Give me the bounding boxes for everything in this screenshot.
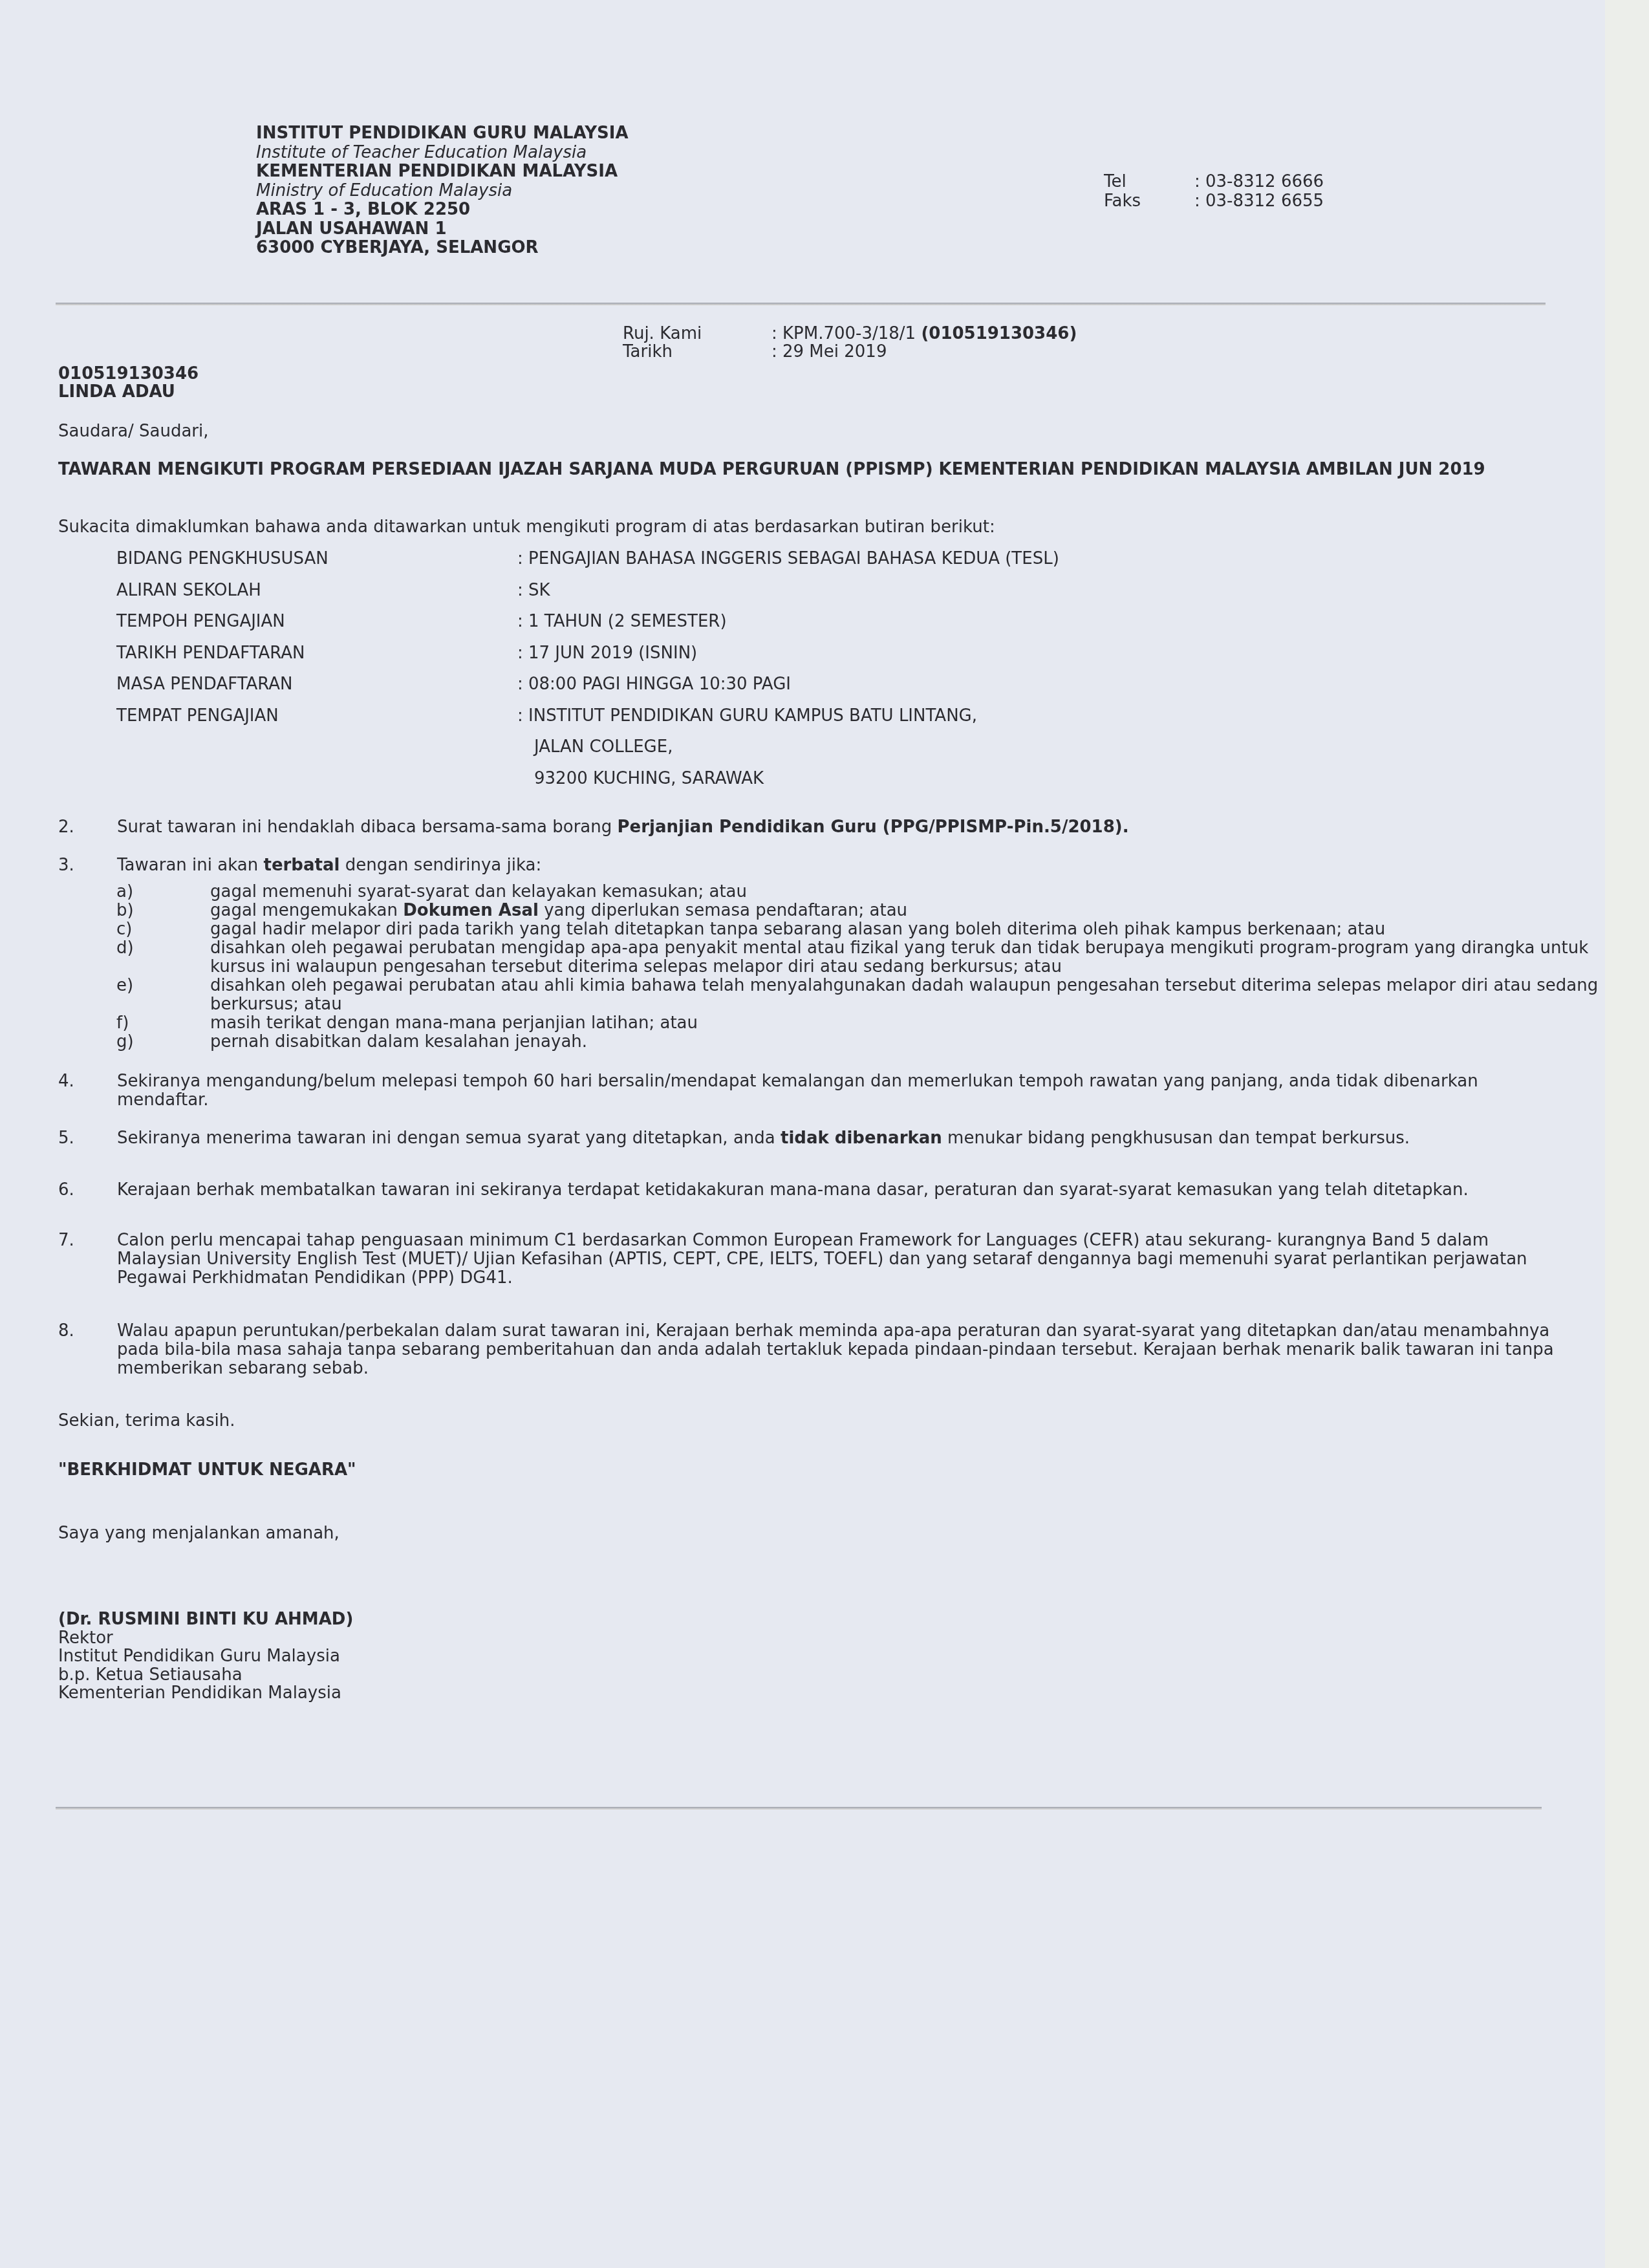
ref-label: Ruj. Kami: [623, 325, 771, 343]
paragraph-number: 8.: [58, 1322, 74, 1341]
paragraph-7: 7. Calon perlu mencapai tahap penguasaan…: [58, 1231, 1566, 1288]
header-divider: [56, 303, 1546, 305]
detail-row: JALAN COLLEGE,: [116, 731, 1059, 763]
paragraph-text: Kerajaan berhak membatalkan tawaran ini …: [117, 1180, 1469, 1200]
condition-text: yang diperlukan semasa pendaftaran; atau: [539, 901, 907, 920]
detail-label: MASA PENDAFTARAN: [116, 675, 517, 694]
fax-label: Faks: [1104, 191, 1194, 211]
paragraph-text: Sekiranya menerima tawaran ini dengan se…: [117, 1129, 781, 1148]
condition-text: gagal memenuhi syarat-syarat dan kelayak…: [210, 882, 747, 902]
address-line: 63000 CYBERJAYA, SELANGOR: [256, 239, 629, 258]
detail-label: BIDANG PENGKHUSUSAN: [116, 549, 517, 568]
condition-text: disahkan oleh pegawai perubatan atau ahl…: [210, 976, 1598, 1014]
condition-text: masih terikat dengan mana-mana perjanjia…: [210, 1013, 698, 1033]
detail-row: BIDANG PENGKHUSUSAN: PENGAJIAN BAHASA IN…: [116, 543, 1059, 575]
detail-label: TEMPOH PENGAJIAN: [116, 612, 517, 631]
paragraph-8: 8. Walau apapun peruntukan/perbekalan da…: [58, 1322, 1566, 1378]
detail-row: TARIKH PENDAFTARAN: 17 JUN 2019 (ISNIN): [116, 638, 1059, 669]
paragraph-number: 7.: [58, 1231, 74, 1250]
condition-letter: g): [116, 1033, 210, 1052]
paragraph-5: 5. Sekiranya menerima tawaran ini dengan…: [58, 1129, 1566, 1148]
detail-row: MASA PENDAFTARAN: 08:00 PAGI HINGGA 10:3…: [116, 669, 1059, 700]
condition-item: d)disahkan oleh pegawai perubatan mengid…: [116, 939, 1607, 977]
letterhead: INSTITUT PENDIDIKAN GURU MALAYSIA Instit…: [256, 124, 629, 258]
paragraph-emphasis: tidak dibenarkan: [781, 1129, 942, 1148]
paragraph-6: 6. Kerajaan berhak membatalkan tawaran i…: [58, 1181, 1566, 1200]
condition-text: gagal mengemukakan: [210, 901, 403, 920]
contact-block: Tel : 03-8312 6666 Faks : 03-8312 6655: [1104, 172, 1324, 211]
detail-value: : PENGAJIAN BAHASA INGGERIS SEBAGAI BAHA…: [517, 549, 1059, 568]
detail-value: : INSTITUT PENDIDIKAN GURU KAMPUS BATU L…: [517, 706, 977, 726]
detail-value: : SK: [517, 581, 550, 600]
signatory-ministry: Kementerian Pendidikan Malaysia: [58, 1684, 353, 1703]
signatory-block: (Dr. RUSMINI BINTI KU AHMAD) Rektor Inst…: [58, 1610, 353, 1703]
condition-emphasis: Dokumen Asal: [403, 901, 539, 920]
condition-letter: c): [116, 920, 210, 939]
address-line: JALAN USAHAWAN 1: [256, 220, 629, 239]
paragraph-2: 2. Surat tawaran ini hendaklah dibaca be…: [58, 818, 1566, 837]
paragraph-number: 4.: [58, 1072, 74, 1091]
paragraph-text: Calon perlu mencapai tahap penguasaan mi…: [117, 1231, 1527, 1288]
tel-label: Tel: [1104, 172, 1194, 191]
paragraph-text: menukar bidang pengkhususan dan tempat b…: [942, 1129, 1410, 1148]
detail-label: TEMPAT PENGAJIAN: [116, 706, 517, 726]
detail-value: 93200 KUCHING, SARAWAK: [517, 769, 764, 788]
detail-row: ALIRAN SEKOLAH: SK: [116, 575, 1059, 607]
address-line: ARAS 1 - 3, BLOK 2250: [256, 200, 629, 220]
condition-text: gagal hadir melapor diri pada tarikh yan…: [210, 920, 1385, 939]
footer-divider: [56, 1807, 1542, 1809]
condition-item: g)pernah disabitkan dalam kesalahan jena…: [116, 1033, 1607, 1052]
paragraph-text: Sekiranya mengandung/belum melepasi temp…: [117, 1072, 1478, 1110]
condition-text: disahkan oleh pegawai perubatan mengidap…: [210, 938, 1588, 977]
condition-letter: d): [116, 939, 210, 977]
paragraph-number: 2.: [58, 818, 74, 837]
condition-text: pernah disabitkan dalam kesalahan jenaya…: [210, 1032, 587, 1052]
letter-page: INSTITUT PENDIDIKAN GURU MALAYSIA Instit…: [0, 0, 1605, 2268]
reference-block: Ruj. Kami : KPM.700-3/18/1 (010519130346…: [623, 325, 1077, 361]
detail-value: JALAN COLLEGE,: [517, 737, 673, 757]
org-name: INSTITUT PENDIDIKAN GURU MALAYSIA: [256, 124, 629, 144]
ministry-name-english: Ministry of Education Malaysia: [256, 182, 629, 201]
condition-item: f)masih terikat dengan mana-mana perjanj…: [116, 1014, 1607, 1033]
paragraph-text: Tawaran ini akan: [117, 856, 263, 875]
closing-thanks: Sekian, terima kasih.: [58, 1411, 235, 1431]
detail-row: TEMPOH PENGAJIAN: 1 TAHUN (2 SEMESTER): [116, 606, 1059, 638]
paragraph-3: 3. Tawaran ini akan terbatal dengan send…: [58, 856, 1566, 875]
intro-text: Sukacita dimaklumkan bahawa anda ditawar…: [58, 517, 995, 537]
detail-row: TEMPAT PENGAJIAN: INSTITUT PENDIDIKAN GU…: [116, 700, 1059, 732]
motto: "BERKHIDMAT UNTUK NEGARA": [58, 1460, 356, 1480]
paragraph-number: 6.: [58, 1181, 74, 1200]
condition-item: a)gagal memenuhi syarat-syarat dan kelay…: [116, 883, 1607, 902]
paragraph-emphasis: terbatal: [263, 856, 339, 875]
offer-details: BIDANG PENGKHUSUSAN: PENGAJIAN BAHASA IN…: [116, 543, 1059, 794]
condition-letter: f): [116, 1014, 210, 1033]
condition-item: c)gagal hadir melapor diri pada tarikh y…: [116, 920, 1607, 939]
detail-row: 93200 KUCHING, SARAWAK: [116, 763, 1059, 795]
detail-value: : 08:00 PAGI HINGGA 10:30 PAGI: [517, 675, 791, 694]
date-label: Tarikh: [623, 343, 771, 361]
signatory-title: Rektor: [58, 1629, 353, 1648]
letter-subject: TAWARAN MENGIKUTI PROGRAM PERSEDIAAN IJA…: [58, 460, 1507, 479]
recipient-name: LINDA ADAU: [58, 383, 199, 401]
fax-value: : 03-8312 6655: [1194, 191, 1324, 211]
condition-item: e)disahkan oleh pegawai perubatan atau a…: [116, 977, 1607, 1014]
date-value: : 29 Mei 2019: [771, 343, 887, 361]
salutation: Saudara/ Saudari,: [58, 422, 209, 441]
condition-letter: b): [116, 902, 210, 920]
recipient-block: 010519130346 LINDA ADAU: [58, 365, 199, 401]
cancellation-conditions: a)gagal memenuhi syarat-syarat dan kelay…: [116, 883, 1607, 1052]
paragraph-4: 4. Sekiranya mengandung/belum melepasi t…: [58, 1072, 1566, 1110]
condition-letter: a): [116, 883, 210, 902]
paragraph-number: 5.: [58, 1129, 74, 1148]
tel-value: : 03-8312 6666: [1194, 172, 1324, 191]
condition-letter: e): [116, 977, 210, 1014]
paragraph-text: dengan sendirinya jika:: [339, 856, 541, 875]
ref-value-id: (010519130346): [921, 324, 1077, 343]
signatory-name: (Dr. RUSMINI BINTI KU AHMAD): [58, 1610, 353, 1629]
ref-value-prefix: : KPM.700-3/18/1: [771, 324, 921, 343]
detail-value: : 17 JUN 2019 (ISNIN): [517, 643, 697, 663]
closing-trust: Saya yang menjalankan amanah,: [58, 1524, 339, 1543]
ministry-name: KEMENTERIAN PENDIDIKAN MALAYSIA: [256, 162, 629, 182]
signatory-org: Institut Pendidikan Guru Malaysia: [58, 1647, 353, 1666]
condition-item: b)gagal mengemukakan Dokumen Asal yang d…: [116, 902, 1607, 920]
paragraph-emphasis: Perjanjian Pendidikan Guru (PPG/PPISMP-P…: [618, 817, 1129, 837]
paragraph-number: 3.: [58, 856, 74, 875]
org-name-english: Institute of Teacher Education Malaysia: [256, 144, 629, 163]
detail-label: ALIRAN SEKOLAH: [116, 581, 517, 600]
paragraph-text: Walau apapun peruntukan/perbekalan dalam…: [117, 1321, 1554, 1378]
recipient-id: 010519130346: [58, 365, 199, 383]
signatory-on-behalf: b.p. Ketua Setiausaha: [58, 1666, 353, 1685]
detail-label: TARIKH PENDAFTARAN: [116, 643, 517, 663]
ref-value: : KPM.700-3/18/1 (010519130346): [771, 325, 1077, 343]
paragraph-text: Surat tawaran ini hendaklah dibaca bersa…: [117, 817, 618, 837]
detail-value: : 1 TAHUN (2 SEMESTER): [517, 612, 727, 631]
